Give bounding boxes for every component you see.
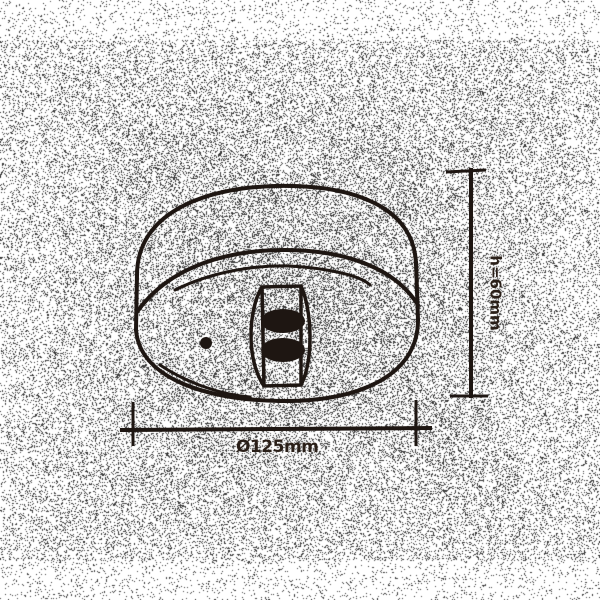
cylinder-right-wall: [416, 262, 418, 320]
cylinder-left-wall: [136, 275, 137, 330]
screw-hole: [200, 337, 212, 349]
height-dimension: [446, 168, 488, 398]
inner-rim-outline: [137, 250, 418, 312]
diameter-label: Ø125mm: [236, 437, 318, 457]
terminal-block: [251, 286, 310, 386]
height-label: h=60mm: [487, 255, 505, 330]
fixture-drawing: [0, 0, 600, 600]
top-rim-outline: [137, 186, 416, 275]
drawing-canvas: Ø125mm h=60mm: [0, 0, 600, 600]
terminal-contact-upper: [261, 309, 305, 333]
terminal-contact-lower: [261, 338, 305, 362]
